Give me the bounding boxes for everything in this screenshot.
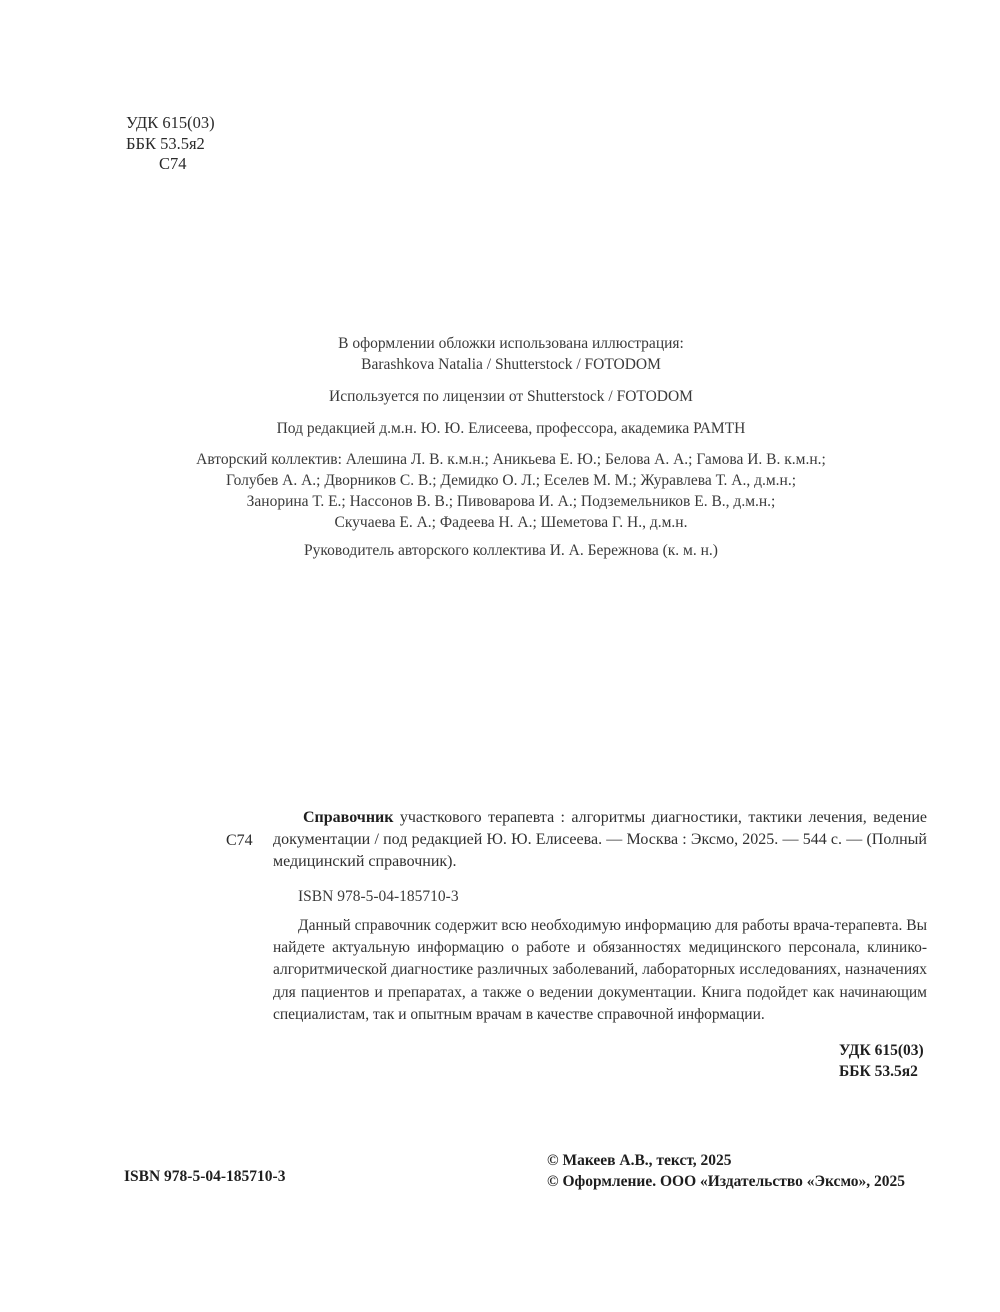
license-note: Используется по лицензии от Shutterstock…	[150, 386, 872, 407]
team-lead-text: Руководитель авторского коллектива И. А.…	[150, 540, 872, 561]
annotation: Данный справочник содержит всю необходим…	[273, 915, 927, 1026]
udk-code: УДК 615(03)	[126, 113, 215, 134]
author-team-line: Занорина Т. Е.; Нассонов В. В.; Пивоваро…	[150, 491, 872, 512]
author-team-line: Голубев А. А.; Дворников С. В.; Демидко …	[150, 470, 872, 491]
classification-codes-bottom: УДК 615(03) ББК 53.5я2	[839, 1040, 924, 1082]
editor-text: Под редакцией д.м.н. Ю. Ю. Елисеева, про…	[150, 418, 872, 439]
author-team: Авторский коллектив: Алешина Л. В. к.м.н…	[150, 449, 872, 533]
copyright-block: © Макеев А.В., текст, 2025 © Оформление.…	[547, 1150, 905, 1192]
bibliographic-record: Справочник участкового терапевта : алгор…	[273, 807, 927, 873]
bibliographic-author-mark: С74	[226, 832, 253, 850]
cover-credit-line-1: В оформлении обложки использована иллюст…	[150, 333, 872, 354]
bbk-code: ББК 53.5я2	[126, 134, 215, 155]
team-lead-note: Руководитель авторского коллектива И. А.…	[150, 540, 872, 561]
isbn-footer: ISBN 978-5-04-185710-3	[124, 1168, 285, 1186]
author-team-line: Скучаева Е. А.; Фадеева Н. А.; Шеметова …	[150, 512, 872, 533]
bbk-code-bottom: ББК 53.5я2	[839, 1061, 924, 1082]
license-text: Используется по лицензии от Shutterstock…	[150, 386, 872, 407]
copyright-design: © Оформление. ООО «Издательство «Эксмо»,…	[547, 1171, 905, 1192]
copyright-text: © Макеев А.В., текст, 2025	[547, 1150, 905, 1171]
cover-illustration-credit: В оформлении обложки использована иллюст…	[150, 333, 872, 375]
author-mark: С74	[126, 154, 215, 175]
book-title: Справочник	[303, 809, 393, 826]
udk-code-bottom: УДК 615(03)	[839, 1040, 924, 1061]
cover-credit-line-2: Barashkova Natalia / Shutterstock / FOTO…	[150, 354, 872, 375]
editor-note: Под редакцией д.м.н. Ю. Ю. Елисеева, про…	[150, 418, 872, 439]
isbn-record: ISBN 978-5-04-185710-3	[298, 888, 459, 906]
classification-codes-top: УДК 615(03) ББК 53.5я2 С74	[126, 113, 215, 175]
author-team-line: Авторский коллектив: Алешина Л. В. к.м.н…	[150, 449, 872, 470]
